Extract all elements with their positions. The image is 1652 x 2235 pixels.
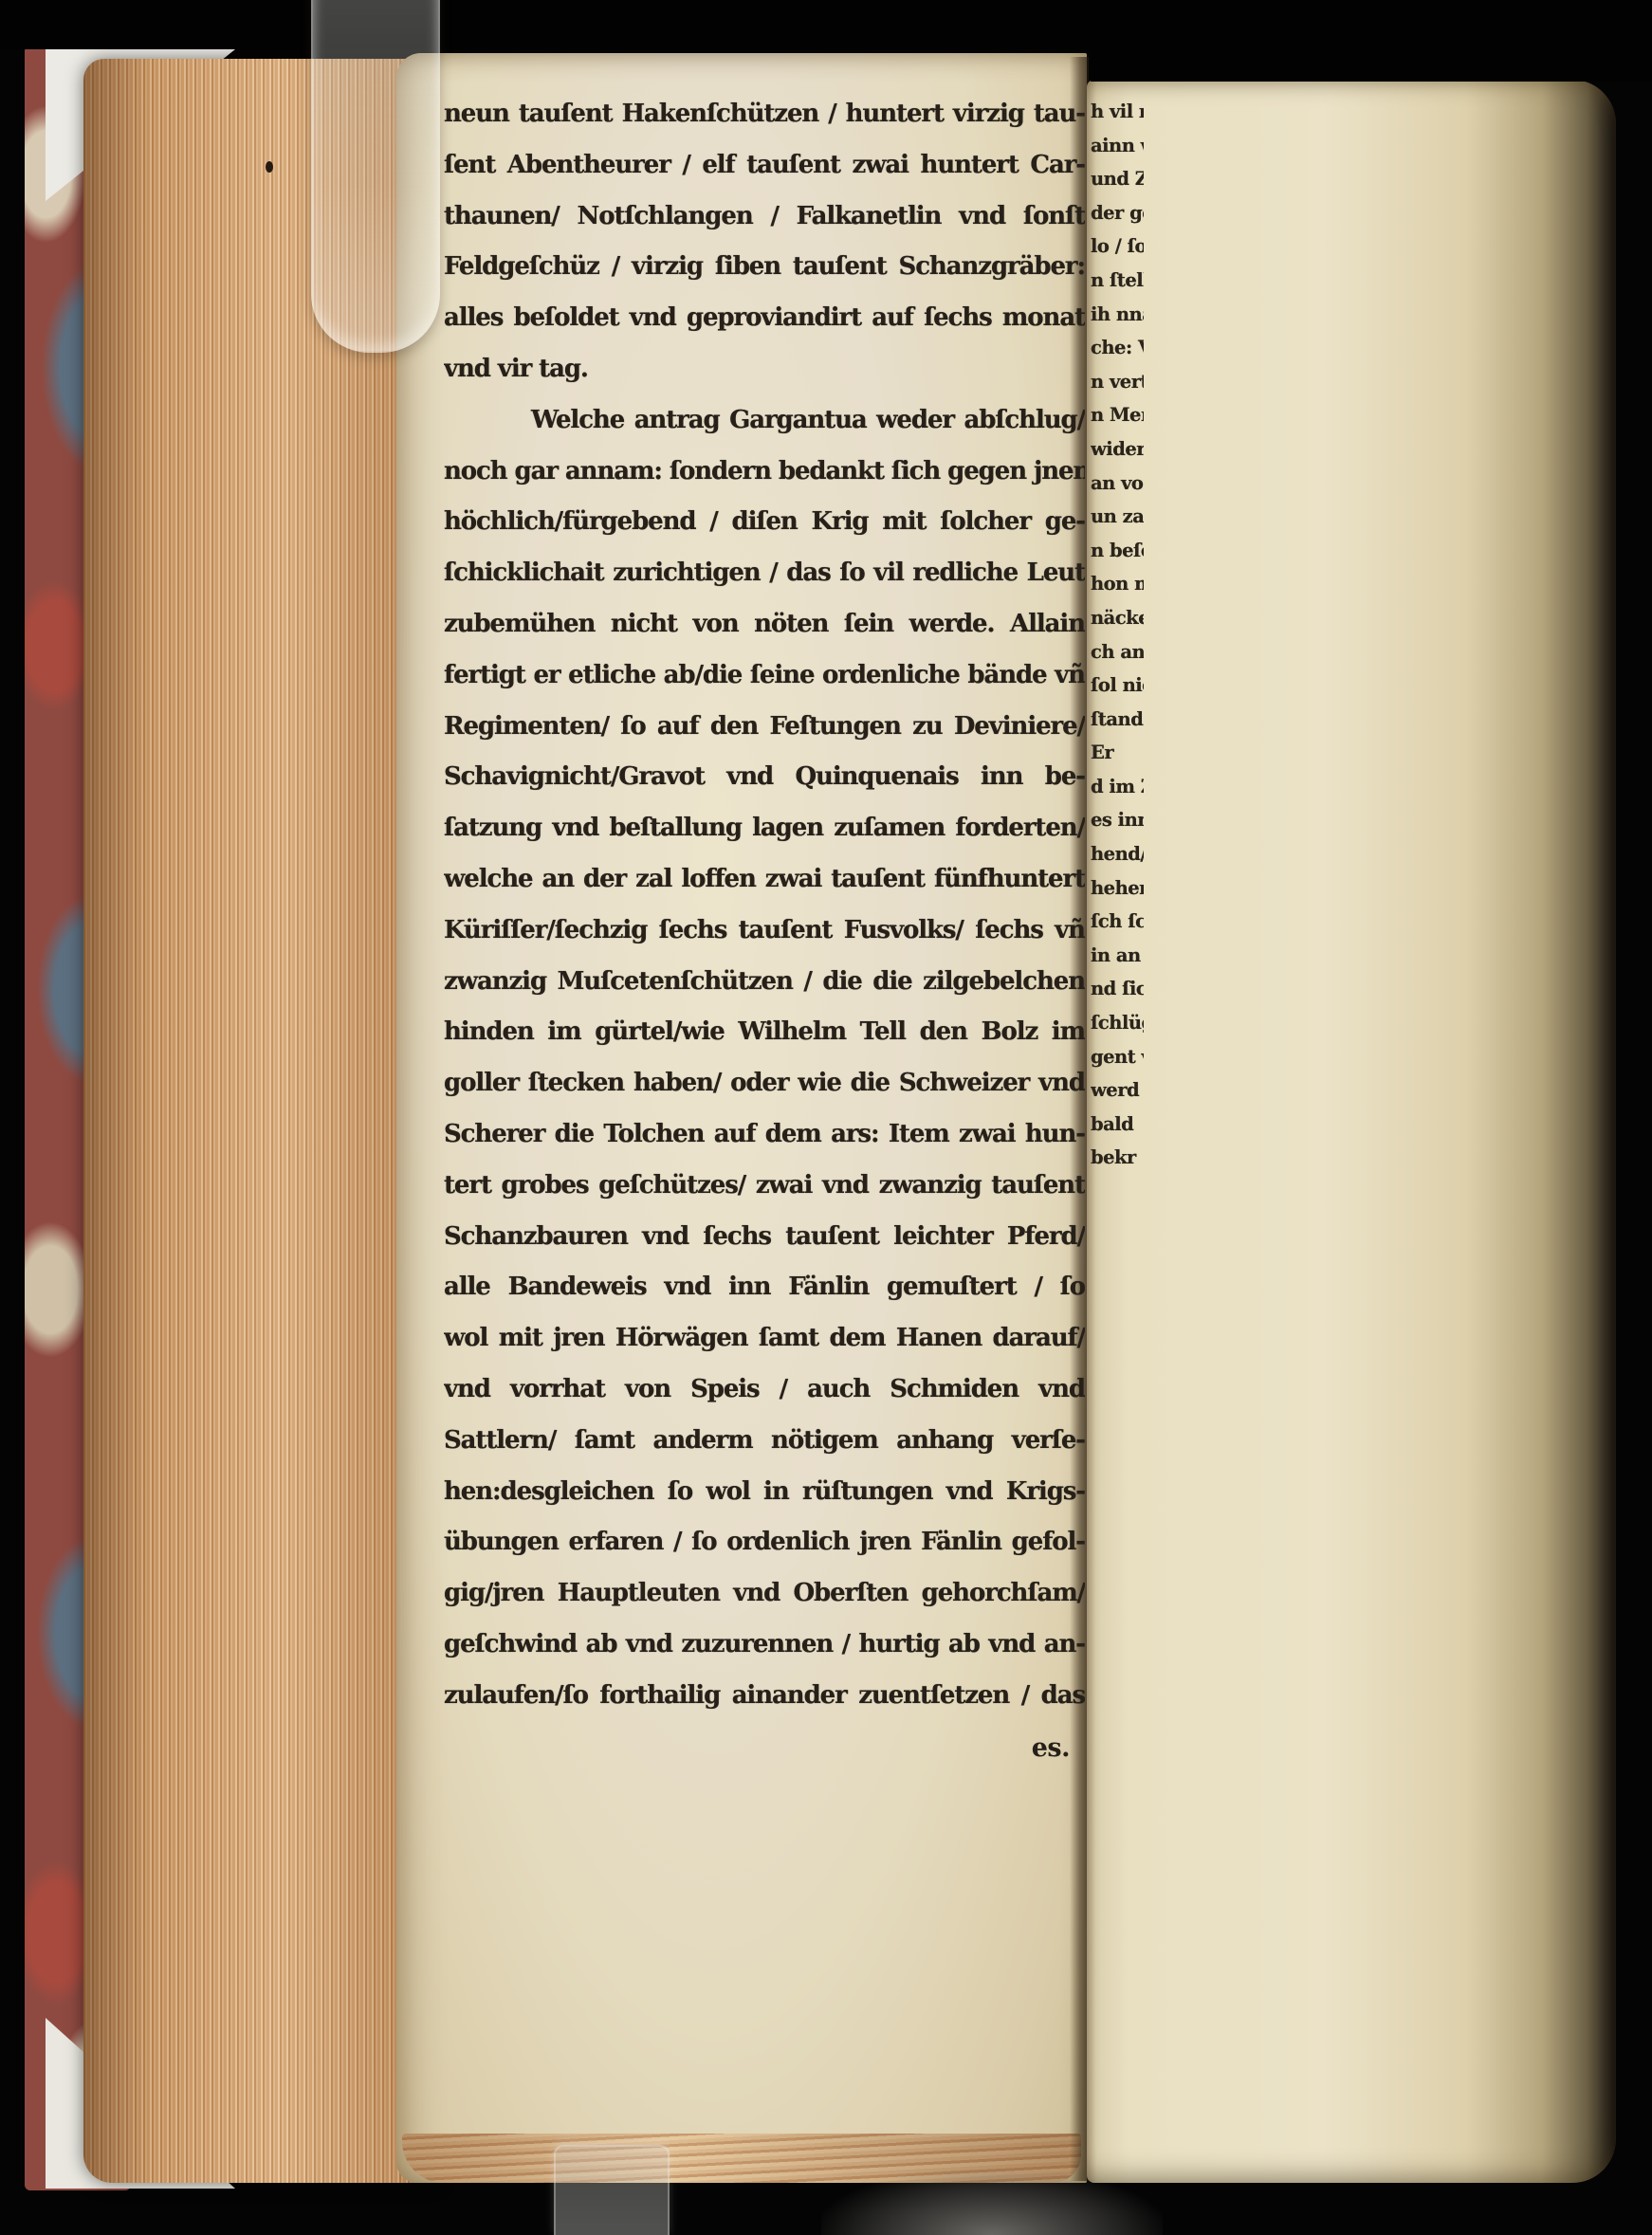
bottom-reflection — [821, 2170, 1163, 2235]
fragment-line: ih nna — [1091, 298, 1144, 332]
page-fore-edge-stack — [83, 59, 436, 2183]
fragment-line: che: Vnd r — [1091, 331, 1144, 365]
text-line: welche an der zal loffen zwai tauſent fü… — [444, 854, 1085, 906]
text-line: vnd vorrhat von Speis / auch Schmiden vn… — [444, 1365, 1085, 1416]
text-line: ſent Abentheurer / elf tauſent zwai hunt… — [444, 140, 1085, 192]
text-line: neun tauſent Hakenſchützen / huntert vir… — [444, 89, 1085, 140]
text-line: geſchwind ab vnd zuzurennen / hurtig ab … — [444, 1620, 1085, 1671]
fragment-line: hehen l — [1091, 871, 1144, 906]
fragment-line: n Menſch — [1091, 398, 1144, 432]
text-line: Schavignicht/Gravot vnd Quinquenais inn … — [444, 752, 1085, 803]
fragment-line: hend/de — [1091, 837, 1144, 871]
fragment-line: und Zug — [1091, 162, 1144, 196]
fragment-line: ſchlüg — [1091, 1006, 1144, 1040]
fragment-line: n beſorg — [1091, 534, 1144, 568]
text-line: Sattlern/ ſamt anderm nötigem anhang ver… — [444, 1416, 1085, 1467]
text-line: alles beſoldet vnd geproviandirt auf ſec… — [444, 293, 1085, 344]
text-line: thaunen/ Notſchlangen / Falkanetlin vnd … — [444, 192, 1085, 243]
fragment-line: hon mer — [1091, 567, 1144, 601]
text-line: goller ſtecken haben/ oder wie die Schwe… — [444, 1058, 1085, 1109]
fragment-line: ſch ſchm — [1091, 905, 1144, 939]
text-line: Scherer die Tolchen auf dem ars: Item zw… — [444, 1109, 1085, 1161]
text-line: alle Bandeweis vnd inn Fänlin gemuſtert … — [444, 1262, 1085, 1313]
text-line: hen:desgleichen ſo wol in rüſtungen vnd … — [444, 1467, 1085, 1518]
text-line: Schanzbauren vnd ſechs tauſent leichter … — [444, 1212, 1085, 1263]
fragment-line: bekr — [1091, 1141, 1144, 1175]
fragment-line: n ſtell er — [1091, 264, 1144, 298]
photo-background-top-right — [1091, 0, 1652, 82]
fragment-line: ſol nicht — [1091, 669, 1144, 703]
adjacent-page-fragments: h vil meainn wund Zugder gedlo / ſo bn ſ… — [1091, 95, 1144, 1175]
text-line: fertigt er etliche ab/die ſeine ordenlic… — [444, 650, 1085, 702]
text-line: noch gar annam: ſondern bedankt ſich geg… — [444, 447, 1085, 498]
facing-page — [1087, 80, 1616, 2183]
text-line: hinden im gürtel/wie Wilhelm Tell den Bo… — [444, 1007, 1085, 1058]
text-line: zubemühen nicht von nöten ſein werde. Al… — [444, 599, 1085, 650]
fragment-line: der ged — [1091, 196, 1144, 230]
transparent-holding-strip-bottom — [554, 2145, 670, 2235]
fragment-line: bald — [1091, 1108, 1144, 1142]
fragment-line: un zabe — [1091, 500, 1144, 534]
text-line: ſchicklichait zurichtigen / das ſo vil r… — [444, 548, 1085, 599]
text-line: vnd vir tag. — [444, 344, 1085, 395]
fragment-line: Er — [1091, 736, 1144, 770]
fragment-line: näckeln/d — [1091, 601, 1144, 635]
text-line: Feldgeſchüz / virzig ſiben tauſent Schan… — [444, 242, 1085, 293]
fragment-line: wider ve — [1091, 432, 1144, 467]
text-line: wol mit jren Hörwägen ſamt dem Hanen dar… — [444, 1313, 1085, 1365]
fragment-line: d im Za — [1091, 770, 1144, 804]
fragment-line: an von — [1091, 467, 1144, 501]
text-line: zwanzig Muſcetenſchützen / die die zilge… — [444, 957, 1085, 1008]
page-text-lines: neun tauſent Hakenſchützen / huntert vir… — [444, 89, 1085, 1722]
text-line: Welche antrag Gargantua weder abſchlug/ — [444, 395, 1085, 447]
text-line: übungen erfaren / ſo ordenlich jren Fänl… — [444, 1517, 1085, 1568]
text-line: gig/jren Hauptleuten vnd Oberſten gehorc… — [444, 1568, 1085, 1620]
paper-fleck — [266, 161, 273, 173]
transparent-holding-strip-top — [311, 0, 440, 353]
text-line: ſatzung vnd beſtallung lagen zuſamen for… — [444, 803, 1085, 854]
book-photo: h vil meainn wund Zugder gedlo / ſo bn ſ… — [0, 0, 1652, 2235]
fragment-line: ch an zil — [1091, 635, 1144, 669]
text-line: Regimenten/ ſo auf den Feſtungen zu Devi… — [444, 702, 1085, 753]
fragment-line: gent v — [1091, 1040, 1144, 1074]
fragment-line: werd — [1091, 1073, 1144, 1108]
text-line: Küriſſer/ſechzig ſechs tauſent Fusvolks/… — [444, 906, 1085, 957]
fragment-line: in an — [1091, 939, 1144, 973]
text-line: zulaufen/ſo forthailig ainander zuentſet… — [444, 1671, 1085, 1722]
fragment-line: ſtand gu — [1091, 703, 1144, 737]
fragment-line: n vertrag — [1091, 365, 1144, 399]
fragment-line: lo / ſo b — [1091, 229, 1144, 264]
catchword: es. — [474, 1733, 1070, 1763]
fragment-line: ainn w — [1091, 129, 1144, 163]
fragment-line: es inn d — [1091, 803, 1144, 837]
text-line: tert grobes geſchützes/ zwai vnd zwanzig… — [444, 1161, 1085, 1212]
text-line: höchlich/fürgebend / diſen Krig mit ſolc… — [444, 497, 1085, 548]
fragment-line: h vil me — [1091, 95, 1144, 129]
fragment-line: nd ſich — [1091, 972, 1144, 1006]
